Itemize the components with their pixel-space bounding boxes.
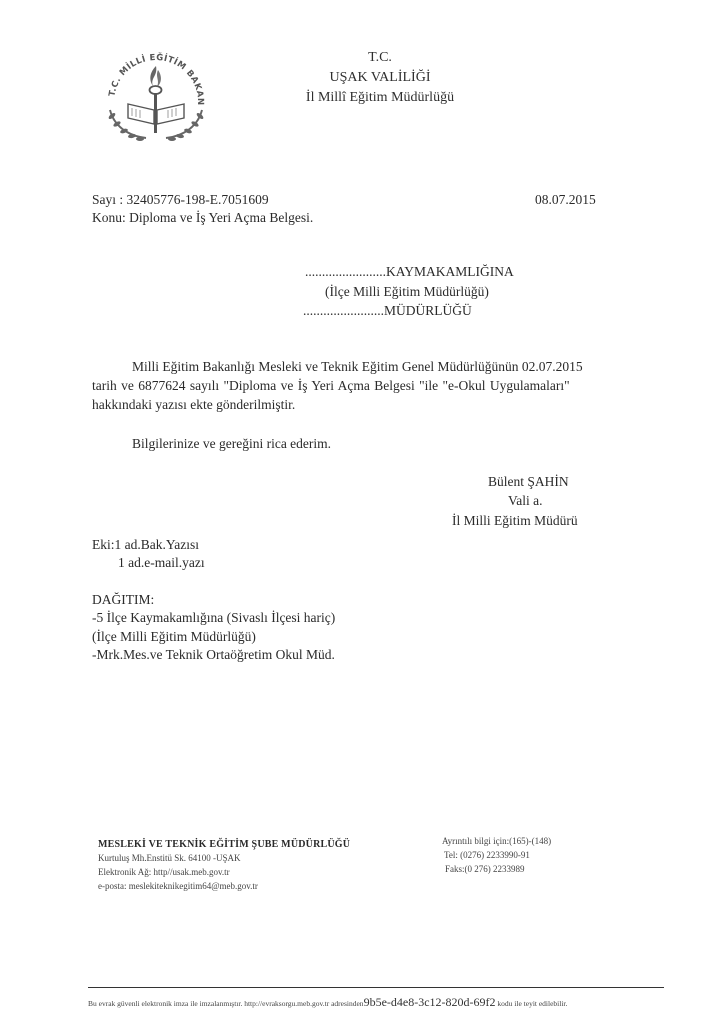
- document-date: 08.07.2015: [535, 191, 596, 209]
- footer-email[interactable]: e-posta: meslekiteknikegitim64@meb.gov.t…: [98, 880, 258, 894]
- footer-fax: Faks:(0 276) 2233989: [445, 863, 525, 877]
- signer-title-1: Vali a.: [508, 492, 543, 510]
- distribution-item: (İlçe Milli Eğitim Müdürlüğü): [92, 628, 256, 646]
- footer-phone: Tel: (0276) 2233990-91: [444, 849, 530, 863]
- meb-emblem-icon: T.C. MİLLİ EĞİTİM BAKANLIĞI: [100, 44, 212, 148]
- body-paragraph-line-3: hakkındaki yazısı ekte gönderilmiştir.: [92, 396, 295, 414]
- document-subject: Konu: Diploma ve İş Yeri Açma Belgesi.: [92, 209, 313, 227]
- signer-name: Bülent ŞAHİN: [488, 473, 569, 491]
- verification-suffix: kodu ile teyit edilebilir.: [496, 999, 568, 1008]
- recipient-line-1: ........................KAYMAKAMLIĞINA: [305, 263, 514, 281]
- recipient-line-3: ........................MÜDÜRLÜĞÜ: [303, 302, 472, 320]
- footer-info: Ayrıntılı bilgi için:(165)-(148): [442, 835, 551, 849]
- distribution-item: -Mrk.Mes.ve Teknik Ortaöğretim Okul Müd.: [92, 646, 335, 664]
- verification-code: 9b5e-d4e8-3c12-820d-69f2: [364, 995, 496, 1009]
- signer-title-2: İl Milli Eğitim Müdürü: [452, 512, 578, 530]
- body-paragraph-line-2: tarih ve 6877624 sayılı "Diploma ve İş Y…: [92, 377, 570, 395]
- body-paragraph-line-1: Milli Eğitim Bakanlığı Mesleki ve Teknik…: [132, 358, 583, 376]
- body-closing: Bilgilerinize ve gereğini rica ederim.: [132, 435, 331, 453]
- verification-prefix: Bu evrak güvenli elektronik imza ile imz…: [88, 999, 364, 1008]
- document-number: Sayı : 32405776-198-E.7051609: [92, 191, 269, 209]
- recipient-line-2: (İlçe Milli Eğitim Müdürlüğü): [325, 283, 489, 301]
- verification-note: Bu evrak güvenli elektronik imza ile imz…: [88, 993, 567, 1013]
- header-governorship: UŞAK VALİLİĞİ: [250, 68, 510, 88]
- distribution-title: DAĞITIM:: [92, 591, 154, 609]
- attachment-1: Eki:1 ad.Bak.Yazısı: [92, 536, 199, 554]
- attachment-2: 1 ad.e-mail.yazı: [118, 554, 205, 572]
- footer-website[interactable]: Elektronik Ağ: http//usak.meb.gov.tr: [98, 866, 230, 880]
- distribution-item: -5 İlçe Kaymakamlığına (Sivaslı İlçesi h…: [92, 609, 335, 627]
- header-directorate: İl Millî Eğitim Müdürlüğü: [250, 88, 510, 108]
- footer-address: Kurtuluş Mh.Enstitü Sk. 64100 -UŞAK: [98, 852, 241, 866]
- header-tc: T.C.: [250, 48, 510, 68]
- footer-divider: [88, 987, 664, 988]
